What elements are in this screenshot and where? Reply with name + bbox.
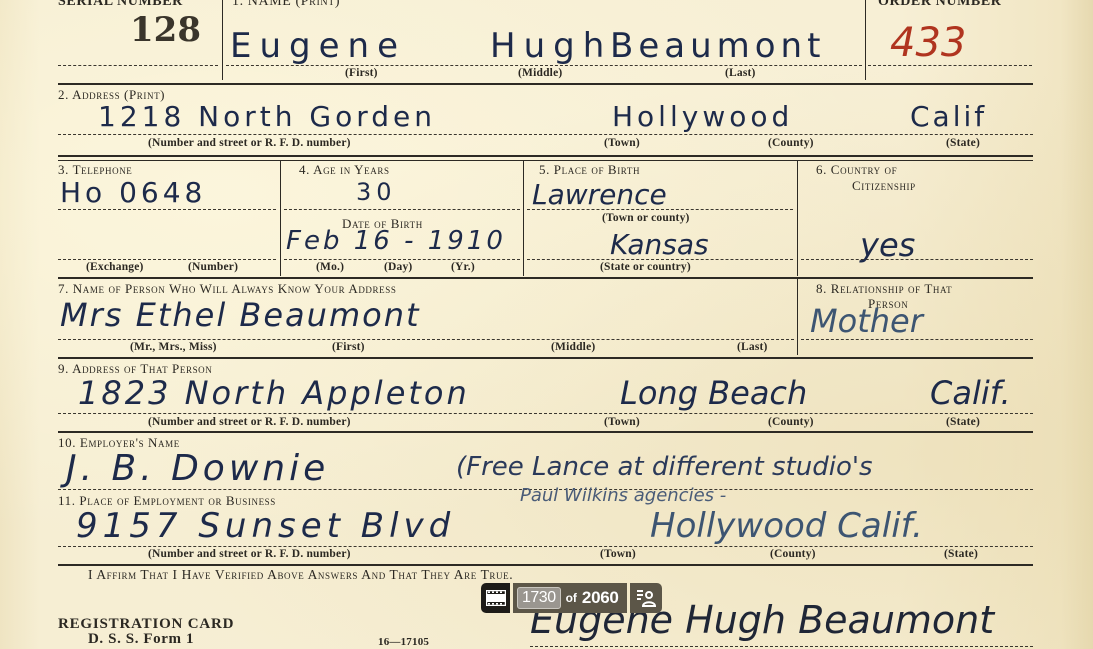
contact-value: Mrs Ethel Beaumont: [60, 296, 421, 334]
form-name: D. S. S. Form 1: [88, 631, 194, 648]
row-divider: [58, 277, 1033, 279]
relationship-label-1: 8. Relationship of That: [816, 281, 952, 297]
divider: [523, 160, 524, 276]
total-pages: 2060: [582, 588, 619, 608]
relationship-value: Mother: [810, 302, 923, 340]
contact-address-sub-state: (State): [946, 416, 980, 428]
employment-town-value: Hollywood Calif.: [650, 506, 923, 546]
serial-number-value: 128: [130, 10, 201, 50]
employer-note: (Free Lance at different studio's: [456, 452, 873, 482]
divider: [797, 277, 798, 355]
address-street-value: 1218 North Gorden: [98, 100, 436, 133]
name-first-value: Eugene: [230, 26, 406, 66]
row-divider: [58, 83, 1033, 85]
birthplace-town-underline: [527, 209, 793, 210]
employment-sub-county: (County): [770, 548, 816, 560]
age-underline: [284, 209, 520, 210]
order-underline: [868, 65, 1032, 66]
name-underline: [226, 65, 862, 66]
employment-sub-state: (State): [944, 548, 978, 560]
telephone-underline: [58, 209, 276, 210]
birthplace-state-underline: [527, 259, 793, 260]
filmstrip-icon: [486, 590, 506, 606]
address-town-value: Hollywood: [612, 100, 793, 133]
form-code: 16—17105: [378, 636, 429, 648]
dob-sub-day: (Day): [384, 261, 412, 273]
page-counter: 1730 of 2060: [513, 583, 627, 613]
image-viewer-toolbar: 1730 of 2060: [481, 583, 662, 613]
dob-underline: [284, 259, 520, 260]
row-divider: [58, 431, 1033, 433]
telephone-sub-number: (Number): [188, 261, 238, 273]
citizenship-underline: [801, 259, 1033, 260]
birthplace-label: 5. Place of Birth: [539, 162, 640, 178]
name-last-value: Beaumont: [610, 26, 825, 66]
divider: [797, 160, 798, 276]
row-divider: [58, 155, 1033, 157]
row-divider: [58, 564, 1033, 566]
contact-address-sub-county: (County): [768, 416, 814, 428]
name-sub-last: (Last): [725, 67, 756, 79]
birthplace-sub-state: (State or country): [600, 261, 691, 273]
of-label: of: [566, 591, 577, 605]
address-state-value: Calif: [910, 100, 987, 133]
dob-sub-mo: (Mo.): [316, 261, 344, 273]
dob-value: Feb 16 - 1910: [286, 226, 506, 256]
age-value: 30: [356, 178, 397, 206]
birthplace-state-value: Kansas: [610, 228, 709, 261]
contact-address-underline: [58, 413, 1033, 414]
citizenship-label-1: 6. Country of: [816, 162, 897, 178]
order-number-label: ORDER NUMBER: [878, 0, 1001, 10]
contact-address-sub-street: (Number and street or R. F. D. number): [148, 416, 351, 428]
employer-note-2: Paul Wilkins agencies -: [520, 485, 726, 506]
address-sub-state: (State): [946, 137, 980, 149]
employment-underline: [58, 546, 1033, 547]
filmstrip-button[interactable]: [481, 583, 510, 613]
address-sub-street: (Number and street or R. F. D. number): [148, 137, 351, 149]
divider: [280, 160, 281, 276]
contact-label: 7. Name of Person Who Will Always Know Y…: [58, 281, 396, 297]
telephone-sub-exchange: (Exchange): [86, 261, 144, 273]
address-sub-town: (Town): [604, 137, 640, 149]
current-page-input[interactable]: 1730: [517, 587, 561, 609]
contact-address-sub-town: (Town): [604, 416, 640, 428]
order-number-value: 433: [890, 20, 966, 66]
birthplace-sub-town: (Town or county): [602, 212, 690, 224]
name-label: 1. NAME (Print): [232, 0, 340, 10]
contact-sub-first: (First): [332, 341, 365, 353]
divider: [222, 0, 223, 80]
people-list-icon: [636, 588, 656, 608]
contact-address-state-value: Calif.: [930, 374, 1011, 412]
document-image: SERIAL NUMBER 128 1. NAME (Print) Eugene…: [0, 0, 1093, 649]
divider: [865, 0, 866, 80]
serial-underline: [58, 65, 218, 66]
name-sub-first: (First): [345, 67, 378, 79]
address-sub-county: (County): [768, 137, 814, 149]
row-divider: [58, 357, 1033, 359]
contact-address-town-value: Long Beach: [620, 374, 807, 412]
contact-underline: [58, 339, 794, 340]
telephone-value: Ho 0648: [60, 176, 206, 209]
affirmation-text: I Affirm That I Have Verified Above Answ…: [88, 567, 513, 583]
employment-street-value: 9157 Sunset Blvd: [76, 506, 455, 546]
signature-underline: [530, 646, 1033, 647]
contact-sub-last: (Last): [737, 341, 768, 353]
birthplace-town-value: Lawrence: [532, 178, 667, 211]
telephone-underline-2: [58, 259, 276, 260]
relationship-underline: [801, 339, 1033, 340]
address-underline: [58, 134, 1033, 135]
dob-sub-yr: (Yr.): [451, 261, 475, 273]
citizenship-label-2: Citizenship: [852, 178, 916, 194]
name-sub-middle: (Middle): [518, 67, 562, 79]
serial-number-label: SERIAL NUMBER: [58, 0, 183, 10]
contact-sub-middle: (Middle): [551, 341, 595, 353]
contact-sub-title: (Mr., Mrs., Miss): [130, 341, 217, 353]
people-list-button[interactable]: [630, 583, 662, 613]
contact-address-street-value: 1823 North Appleton: [78, 374, 470, 412]
age-label: 4. Age in Years: [299, 162, 390, 178]
employer-value: J. B. Downie: [66, 448, 329, 489]
row-divider: [58, 160, 1033, 161]
name-middle-value: Hugh: [490, 26, 612, 66]
employment-sub-street: (Number and street or R. F. D. number): [148, 548, 351, 560]
employment-sub-town: (Town): [600, 548, 636, 560]
